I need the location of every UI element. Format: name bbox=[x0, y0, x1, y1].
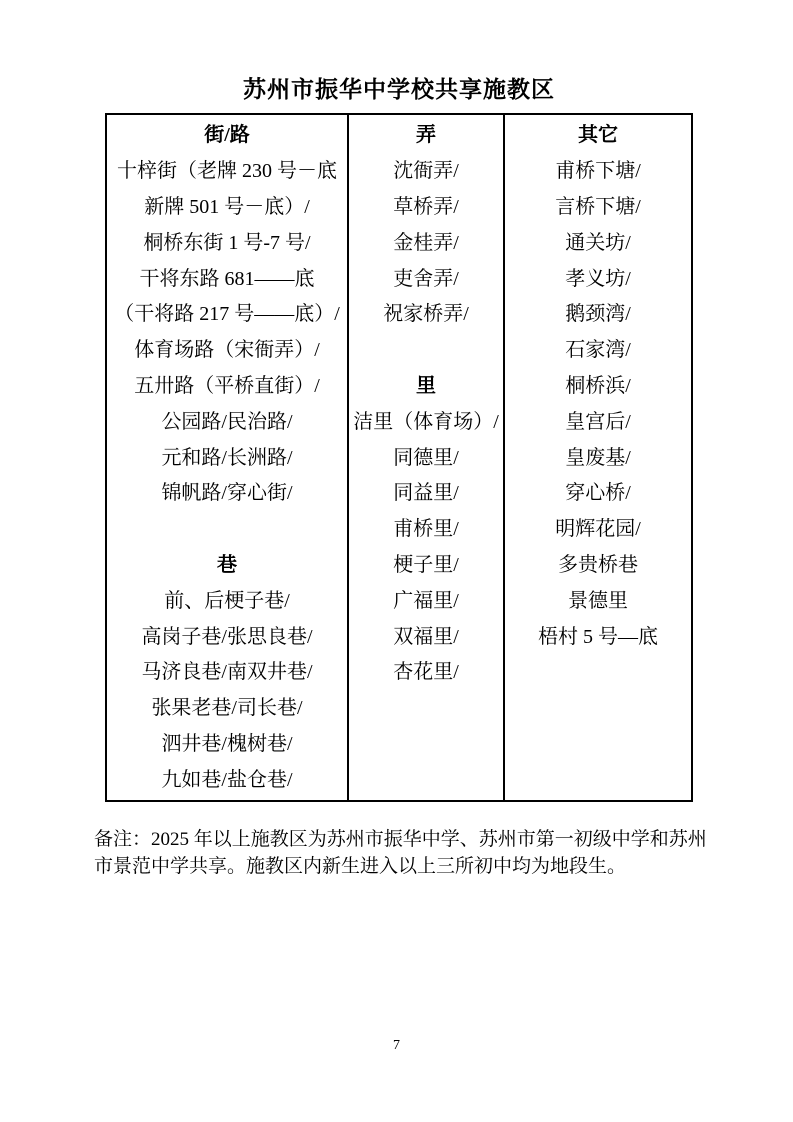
footnote: 备注：2025 年以上施教区为苏州市振华中学、苏州市第一初级中学和苏州市景范中学… bbox=[94, 826, 724, 880]
footnote-line: 市景范中学共享。施教区内新生进入以上三所初中均为地段生。 bbox=[94, 853, 724, 880]
table-cell-line: 体育场路（宋衙弄）/ bbox=[107, 330, 347, 366]
table-cell-line bbox=[107, 509, 347, 545]
table-cell-line: 洁里（体育场）/ bbox=[349, 401, 503, 437]
table-cell-line: 高岗子巷/张思良巷/ bbox=[107, 616, 347, 652]
footnote-line: 备注：2025 年以上施教区为苏州市振华中学、苏州市第一初级中学和苏州 bbox=[94, 826, 724, 853]
table-cell-line: 元和路/长洲路/ bbox=[107, 437, 347, 473]
table-cell-line: 言桥下塘/ bbox=[505, 187, 691, 223]
table-cell-line: 同益里/ bbox=[349, 473, 503, 509]
table-cell-line: 十梓街（老牌 230 号－底 bbox=[107, 151, 347, 187]
table-cell-line: 通关坊/ bbox=[505, 222, 691, 258]
table-cell-line: 皇宫后/ bbox=[505, 401, 691, 437]
page-number: 7 bbox=[0, 1038, 793, 1054]
table-cell-line: 前、后梗子巷/ bbox=[107, 580, 347, 616]
table-cell-line: 张果老巷/司长巷/ bbox=[107, 688, 347, 724]
table-cell-line: 祝家桥弄/ bbox=[349, 294, 503, 330]
table-cell-line: 干将东路 681——底 bbox=[107, 258, 347, 294]
table-cell-line: 桐桥东街 1 号-7 号/ bbox=[107, 222, 347, 258]
table-cell-line: 金桂弄/ bbox=[349, 222, 503, 258]
table-cell-line: 鹅颈湾/ bbox=[505, 294, 691, 330]
table-cell-line: 皇废基/ bbox=[505, 437, 691, 473]
table-cell-line: 多贵桥巷 bbox=[505, 545, 691, 581]
table-cell-line: 里 bbox=[349, 366, 503, 402]
table-cell-line: 穿心桥/ bbox=[505, 473, 691, 509]
table-cell-line: 梗子里/ bbox=[349, 545, 503, 581]
table-cell-line: 广福里/ bbox=[349, 580, 503, 616]
table-cell-line: 巷 bbox=[107, 545, 347, 581]
table-cell-line: 石家湾/ bbox=[505, 330, 691, 366]
table-cell-line: 梧村 5 号—底 bbox=[505, 616, 691, 652]
table-cell-line: 明辉花园/ bbox=[505, 509, 691, 545]
table-cell-line: 马济良巷/南双井巷/ bbox=[107, 652, 347, 688]
table-cell-line: 新牌 501 号－底）/ bbox=[107, 187, 347, 223]
table-cell-line: 九如巷/盐仓巷/ bbox=[107, 759, 347, 795]
table-cell-line: （干将路 217 号——底）/ bbox=[107, 294, 347, 330]
table-cell-line bbox=[349, 330, 503, 366]
table-cell-line: 双福里/ bbox=[349, 616, 503, 652]
district-table: 街/路十梓街（老牌 230 号－底新牌 501 号－底）/桐桥东街 1 号-7 … bbox=[105, 113, 693, 802]
table-cell-line: 锦帆路/穿心街/ bbox=[107, 473, 347, 509]
table-cell-line: 桐桥浜/ bbox=[505, 366, 691, 402]
table-cell-line: 公园路/民治路/ bbox=[107, 401, 347, 437]
table-column-street-road: 街/路十梓街（老牌 230 号－底新牌 501 号－底）/桐桥东街 1 号-7 … bbox=[107, 115, 349, 800]
table-cell-line: 杏花里/ bbox=[349, 652, 503, 688]
table-cell-line: 街/路 bbox=[107, 115, 347, 151]
table-cell-line: 甫桥下塘/ bbox=[505, 151, 691, 187]
page-title: 苏州市振华中学校共享施教区 bbox=[105, 76, 693, 104]
table-cell-line: 五卅路（平桥直街）/ bbox=[107, 366, 347, 402]
table-cell-line: 其它 bbox=[505, 115, 691, 151]
document-page: 苏州市振华中学校共享施教区 街/路十梓街（老牌 230 号－底新牌 501 号－… bbox=[0, 0, 793, 1122]
table-cell-line: 弄 bbox=[349, 115, 503, 151]
table-cell-line: 甫桥里/ bbox=[349, 509, 503, 545]
table-column-long-lane: 弄沈衙弄/草桥弄/金桂弄/吏舍弄/祝家桥弄/里洁里（体育场）/同德里/同益里/甫… bbox=[349, 115, 505, 800]
table-cell-line: 孝义坊/ bbox=[505, 258, 691, 294]
table-cell-line: 泗井巷/槐树巷/ bbox=[107, 724, 347, 760]
table-cell-line: 景德里 bbox=[505, 580, 691, 616]
table-cell-line: 沈衙弄/ bbox=[349, 151, 503, 187]
table-cell-line: 草桥弄/ bbox=[349, 187, 503, 223]
table-cell-line: 吏舍弄/ bbox=[349, 258, 503, 294]
table-column-other: 其它甫桥下塘/言桥下塘/通关坊/孝义坊/鹅颈湾/石家湾/桐桥浜/皇宫后/皇废基/… bbox=[505, 115, 691, 800]
table-cell-line: 同德里/ bbox=[349, 437, 503, 473]
